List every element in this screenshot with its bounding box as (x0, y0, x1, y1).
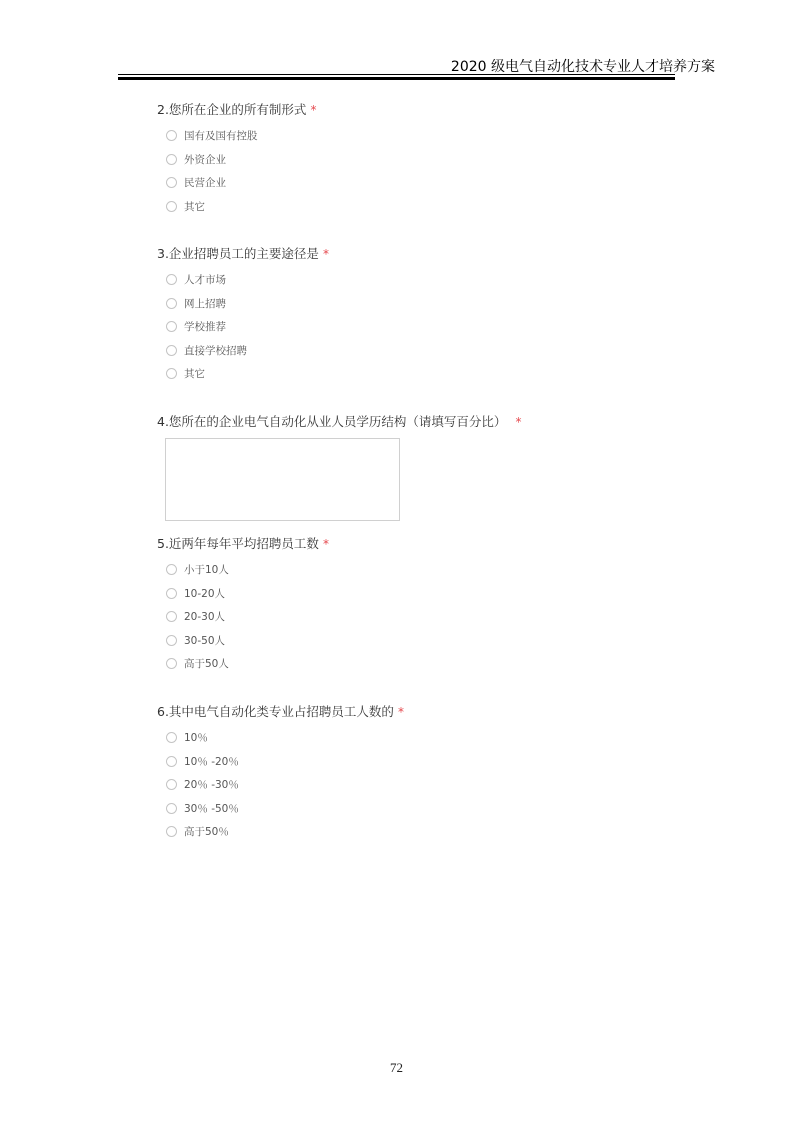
radio-button[interactable] (166, 274, 177, 285)
radio-option[interactable]: 30％ -50％ (157, 797, 404, 821)
radio-group: 国有及国有控股 外资企业 民营企业 其它 (157, 124, 316, 218)
radio-button[interactable] (166, 368, 177, 379)
radio-option[interactable]: 10-20人 (157, 582, 329, 606)
radio-button[interactable] (166, 154, 177, 165)
header-rule-thick (118, 77, 675, 80)
radio-option[interactable]: 10％ (157, 726, 404, 750)
radio-option[interactable]: 其它 (157, 362, 329, 386)
radio-option[interactable]: 国有及国有控股 (157, 124, 316, 148)
radio-button[interactable] (166, 635, 177, 646)
option-label: 30％ -50％ (184, 801, 239, 816)
radio-option[interactable]: 高于50％ (157, 820, 404, 844)
radio-option[interactable]: 学校推荐 (157, 315, 329, 339)
option-label: 高于50人 (184, 656, 229, 671)
option-label: 20％ -30％ (184, 777, 239, 792)
option-label: 学校推荐 (184, 319, 226, 334)
required-marker: * (323, 537, 329, 551)
required-marker: * (398, 705, 404, 719)
radio-option[interactable]: 小于10人 (157, 558, 329, 582)
question-text: 6.其中电气自动化类专业占招聘员工人数的 (157, 704, 394, 719)
radio-group: 10％ 10％ -20％ 20％ -30％ 30％ -50％ 高于50％ (157, 726, 404, 844)
radio-option[interactable]: 10％ -20％ (157, 750, 404, 774)
option-label: 其它 (184, 199, 205, 214)
radio-option[interactable]: 20-30人 (157, 605, 329, 629)
question-title: 5.近两年每年平均招聘员工数* (157, 536, 329, 552)
radio-option[interactable]: 其它 (157, 195, 316, 219)
radio-button[interactable] (166, 177, 177, 188)
question-text: 5.近两年每年平均招聘员工数 (157, 536, 319, 551)
radio-button[interactable] (166, 130, 177, 141)
option-label: 10％ -20％ (184, 754, 239, 769)
required-marker: * (323, 247, 329, 261)
radio-button[interactable] (166, 564, 177, 575)
question-title: 6.其中电气自动化类专业占招聘员工人数的* (157, 704, 404, 720)
radio-button[interactable] (166, 321, 177, 332)
question-text: 2.您所在企业的所有制形式 (157, 102, 306, 117)
radio-button[interactable] (166, 803, 177, 814)
radio-option[interactable]: 网上招聘 (157, 292, 329, 316)
radio-button[interactable] (166, 826, 177, 837)
radio-button[interactable] (166, 732, 177, 743)
question-title: 3.企业招聘员工的主要途径是* (157, 246, 329, 262)
radio-option[interactable]: 民营企业 (157, 171, 316, 195)
option-label: 直接学校招聘 (184, 343, 247, 358)
option-label: 其它 (184, 366, 205, 381)
radio-button[interactable] (166, 658, 177, 669)
required-marker: * (515, 415, 521, 429)
question-4: 4.您所在的企业电气自动化从业人员学历结构（请填写百分比）* (157, 414, 521, 521)
question-text: 4.您所在的企业电气自动化从业人员学历结构（请填写百分比） (157, 414, 506, 429)
option-label: 30-50人 (184, 633, 225, 648)
option-label: 高于50％ (184, 824, 229, 839)
radio-option[interactable]: 外资企业 (157, 148, 316, 172)
page-number: 72 (0, 1060, 793, 1076)
radio-option[interactable]: 20％ -30％ (157, 773, 404, 797)
option-label: 国有及国有控股 (184, 128, 258, 143)
option-label: 10-20人 (184, 586, 225, 601)
option-label: 网上招聘 (184, 296, 226, 311)
option-label: 小于10人 (184, 562, 229, 577)
option-label: 民营企业 (184, 175, 226, 190)
question-2: 2.您所在企业的所有制形式* 国有及国有控股 外资企业 民营企业 其它 (157, 102, 316, 218)
question-5: 5.近两年每年平均招聘员工数* 小于10人 10-20人 20-30人 30-5… (157, 536, 329, 676)
question-text: 3.企业招聘员工的主要途径是 (157, 246, 319, 261)
radio-option[interactable]: 直接学校招聘 (157, 339, 329, 363)
radio-group: 小于10人 10-20人 20-30人 30-50人 高于50人 (157, 558, 329, 676)
radio-group: 人才市场 网上招聘 学校推荐 直接学校招聘 其它 (157, 268, 329, 386)
required-marker: * (310, 103, 316, 117)
question-6: 6.其中电气自动化类专业占招聘员工人数的* 10％ 10％ -20％ 20％ -… (157, 704, 404, 844)
radio-button[interactable] (166, 779, 177, 790)
question-3: 3.企业招聘员工的主要途径是* 人才市场 网上招聘 学校推荐 直接学校招聘 其它 (157, 246, 329, 386)
radio-option[interactable]: 30-50人 (157, 629, 329, 653)
radio-button[interactable] (166, 611, 177, 622)
percentage-textarea[interactable] (165, 438, 400, 521)
question-title: 2.您所在企业的所有制形式* (157, 102, 316, 118)
question-title: 4.您所在的企业电气自动化从业人员学历结构（请填写百分比）* (157, 414, 521, 430)
radio-button[interactable] (166, 345, 177, 356)
option-label: 人才市场 (184, 272, 226, 287)
option-label: 20-30人 (184, 609, 225, 624)
radio-button[interactable] (166, 201, 177, 212)
option-label: 外资企业 (184, 152, 226, 167)
radio-button[interactable] (166, 588, 177, 599)
option-label: 10％ (184, 730, 208, 745)
radio-option[interactable]: 高于50人 (157, 652, 329, 676)
radio-button[interactable] (166, 756, 177, 767)
header-rule-thin (118, 74, 675, 75)
radio-button[interactable] (166, 298, 177, 309)
document-header-title: 2020 级电气自动化技术专业人才培养方案 (451, 56, 715, 76)
radio-option[interactable]: 人才市场 (157, 268, 329, 292)
